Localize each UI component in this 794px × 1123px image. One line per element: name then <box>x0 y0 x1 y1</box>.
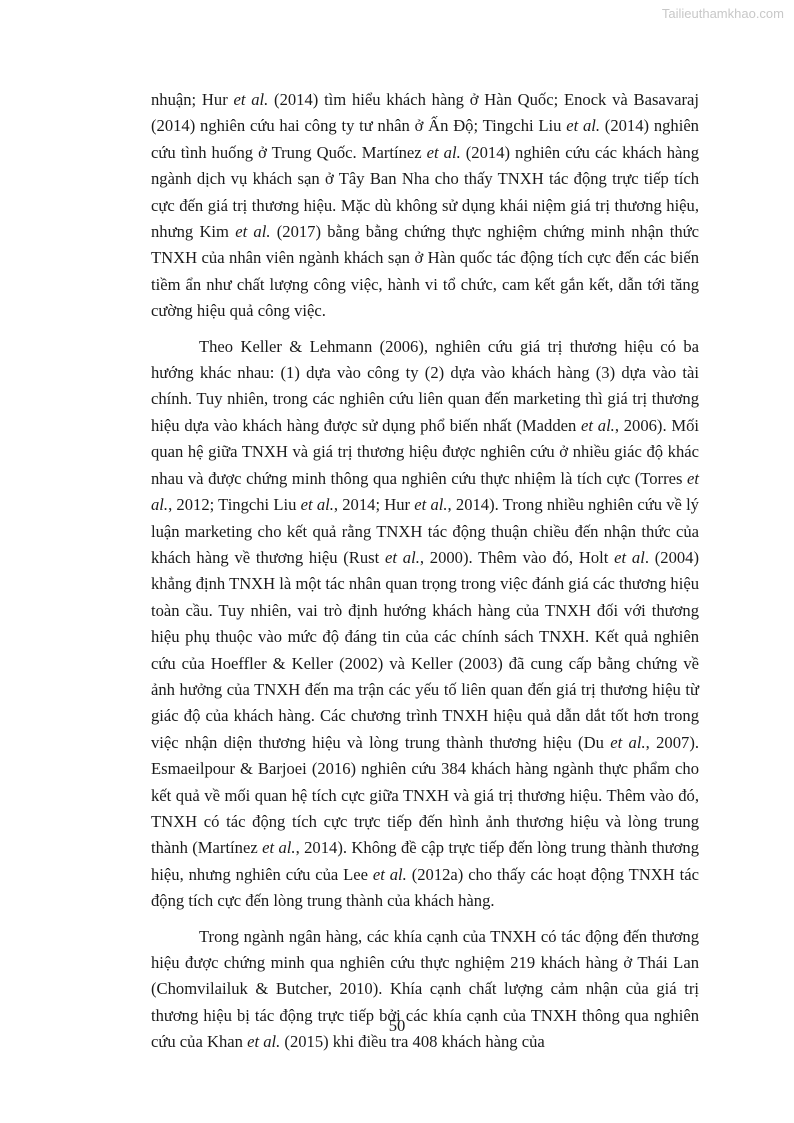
text-run: , 2014; Hur <box>334 495 414 514</box>
watermark: Tailieuthamkhao.com <box>662 6 784 21</box>
paragraph-1: nhuận; Hur et al. (2014) tìm hiểu khách … <box>151 87 699 325</box>
italic-citation: et al. <box>373 865 407 884</box>
italic-citation: et al. <box>234 90 269 109</box>
italic-citation: et al. <box>301 495 334 514</box>
page-number: 50 <box>0 1016 794 1036</box>
text-run: nhuận; Hur <box>151 90 234 109</box>
italic-citation: et al. <box>566 116 600 135</box>
italic-citation: et al. <box>610 733 645 752</box>
text-run: , 2000). Thêm vào đó, Holt <box>420 548 614 567</box>
italic-citation: et al. <box>581 416 615 435</box>
document-body: nhuận; Hur et al. (2014) tìm hiểu khách … <box>151 87 699 1065</box>
italic-citation: et al. <box>385 548 420 567</box>
italic-citation: et al. <box>262 838 295 857</box>
italic-citation: et al. <box>427 143 461 162</box>
text-run: . (2004) khẳng định TNXH là một tác nhân… <box>151 548 699 752</box>
italic-citation: et al. <box>235 222 270 241</box>
text-run: , 2012; Tingchi Liu <box>168 495 301 514</box>
italic-citation: et al. <box>414 495 447 514</box>
paragraph-2: Theo Keller & Lehmann (2006), nghiên cứu… <box>151 334 699 915</box>
italic-citation: et al <box>614 548 645 567</box>
